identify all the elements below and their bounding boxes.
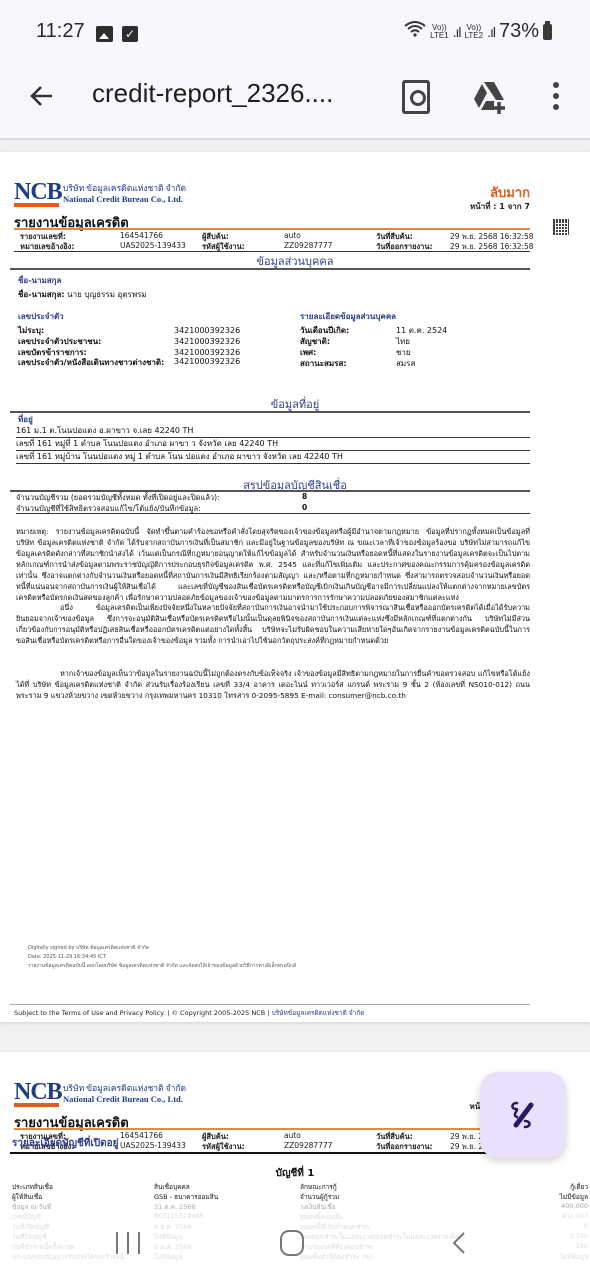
account-field-label: จำนวนผู้กู้ร่วม [300,1192,339,1202]
pdf-page-1: NCB บริษัท ข้อมูลเครดิตแห่งชาติ จำกัด Na… [0,152,590,1022]
add-to-drive-button[interactable] [472,80,508,116]
account-field-value: ไม่มีข้อมูล [560,1192,588,1202]
note-paragraph: อนึ่ง ข้อมูลเครดิตเป็นเพียงปัจจัยหนึ่งใน… [16,602,530,646]
id-heading: เลขประจำตัว [18,310,64,323]
account-field-value: กู้เดี่ยว [570,1182,588,1192]
id-value: 3421000392326 [174,357,240,366]
checkbox-icon: ✓ [122,26,138,42]
account-field-value: สินเชื่อบุคคล [154,1182,190,1192]
summary-row: จำนวนบัญชีที่ใช้สิทธิตรวจสอบแก้ไข/โต้แย้… [16,503,530,514]
datamatrix-barcode [553,219,569,235]
status-bar: 11:27 ✓ Vo))LTE1 .ıl Vo))LTE2 .ıl 73% [0,0,590,68]
note-paragraph: หมายเหตุ: รายงานข้อมูลเครดิตฉบับนี้ จัดท… [16,526,530,603]
wifi-icon [404,20,426,43]
address-line: เลขที่ 161 หมู่ที่ 1 ตำบล โนนปอแดง อำเภอ… [16,438,530,451]
battery-percent: 73% [499,20,539,43]
ncb-link[interactable]: บริษัทข้อมูลเครดิตแห่งชาติ จำกัด [272,1009,365,1017]
system-nav-bar [0,1210,590,1280]
document-title: credit-report_2326.... [92,78,333,109]
account-field-label: ผู้ให้สินเชื่อ [12,1192,42,1202]
annotate-button[interactable] [480,1072,566,1158]
note-paragraph: หากเจ้าของข้อมูลเห็นว่าข้อมูลในรายงานฉบั… [16,668,530,701]
recents-icon [116,1232,118,1254]
page-footer: Subject to the Terms of Use and Privacy … [14,1008,364,1018]
account-title: บัญชีที่ 1 [0,1166,590,1181]
status-indicators: Vo))LTE1 .ıl Vo))LTE2 .ıl 73% [404,20,552,43]
name-field: ชื่อ-นามสกุล: นาย บุญธรรม อุดรพรม [18,288,147,301]
add-to-drive-icon [472,80,508,116]
section-open-accounts: รายละเอียดบัญชีที่เปิดอยู่ [12,1136,119,1151]
account-field-label: ลักษณะการกู้ [300,1182,337,1192]
recents-button[interactable] [116,1232,140,1256]
company-name: บริษัท ข้อมูลเครดิตแห่งชาติ จำกัด Nation… [63,1083,186,1105]
account-field-value: GSB - ธนาคารออมสิน [154,1192,218,1202]
detail-row: สถานะสมรส:สมรส [300,357,415,370]
ncb-logo: NCB [14,1082,62,1107]
sim1-indicator: Vo))LTE1 [430,24,449,40]
sim2-indicator: Vo))LTE2 [465,24,484,40]
address-line: 161 ม.1 ต.โนนปอแดง อ.ผาขาว จ.เลย 42240 T… [16,425,530,438]
status-time: 11:27 [36,20,85,43]
summary-row: จำนวนบัญชีรวม (ยอดรวมบัญชีทั้งหมด ทั้งที… [16,492,530,503]
name-heading: ชื่อ-นามสกุล [18,274,61,287]
home-button[interactable] [280,1230,304,1256]
draw-annotate-icon [507,1099,539,1131]
digital-signature: Digitally signed by บริษัท ข้อมูลเครดิตแ… [28,944,296,971]
more-options-button[interactable] [548,82,564,114]
more-vert-icon [553,82,559,88]
report-meta: รายงานเลขที่: 164541766 ผู้สืบค้น: auto … [20,231,530,251]
company-name: บริษัท ข้อมูลเครดิตแห่งชาติ จำกัด Nation… [63,183,186,205]
page-number: หน้าที่ : 1 จาก 7 [470,200,530,213]
signal-icon: .ıl [487,24,495,40]
ncb-logo: NCB [14,182,62,207]
signal-icon: .ıl [453,24,461,40]
battery-icon [543,24,552,40]
image-icon [96,26,113,42]
account-field-label: ประเภทสินเชื่อ [12,1182,53,1192]
personal-detail-heading: รายละเอียดข้อมูลส่วนบุคคล [300,310,396,323]
nav-back-button[interactable] [452,1232,466,1254]
back-button[interactable] [28,82,60,114]
find-in-page-button[interactable] [402,80,430,114]
account-field-value: 400,000 [561,1202,588,1210]
back-icon [452,1232,466,1254]
address-line: เลขที่ 161 หมู่บ้าน โนนปอแดง หมู่ 1 ตำบล… [16,451,530,464]
arrow-left-icon [28,82,56,110]
app-bar: credit-report_2326.... [0,68,590,140]
